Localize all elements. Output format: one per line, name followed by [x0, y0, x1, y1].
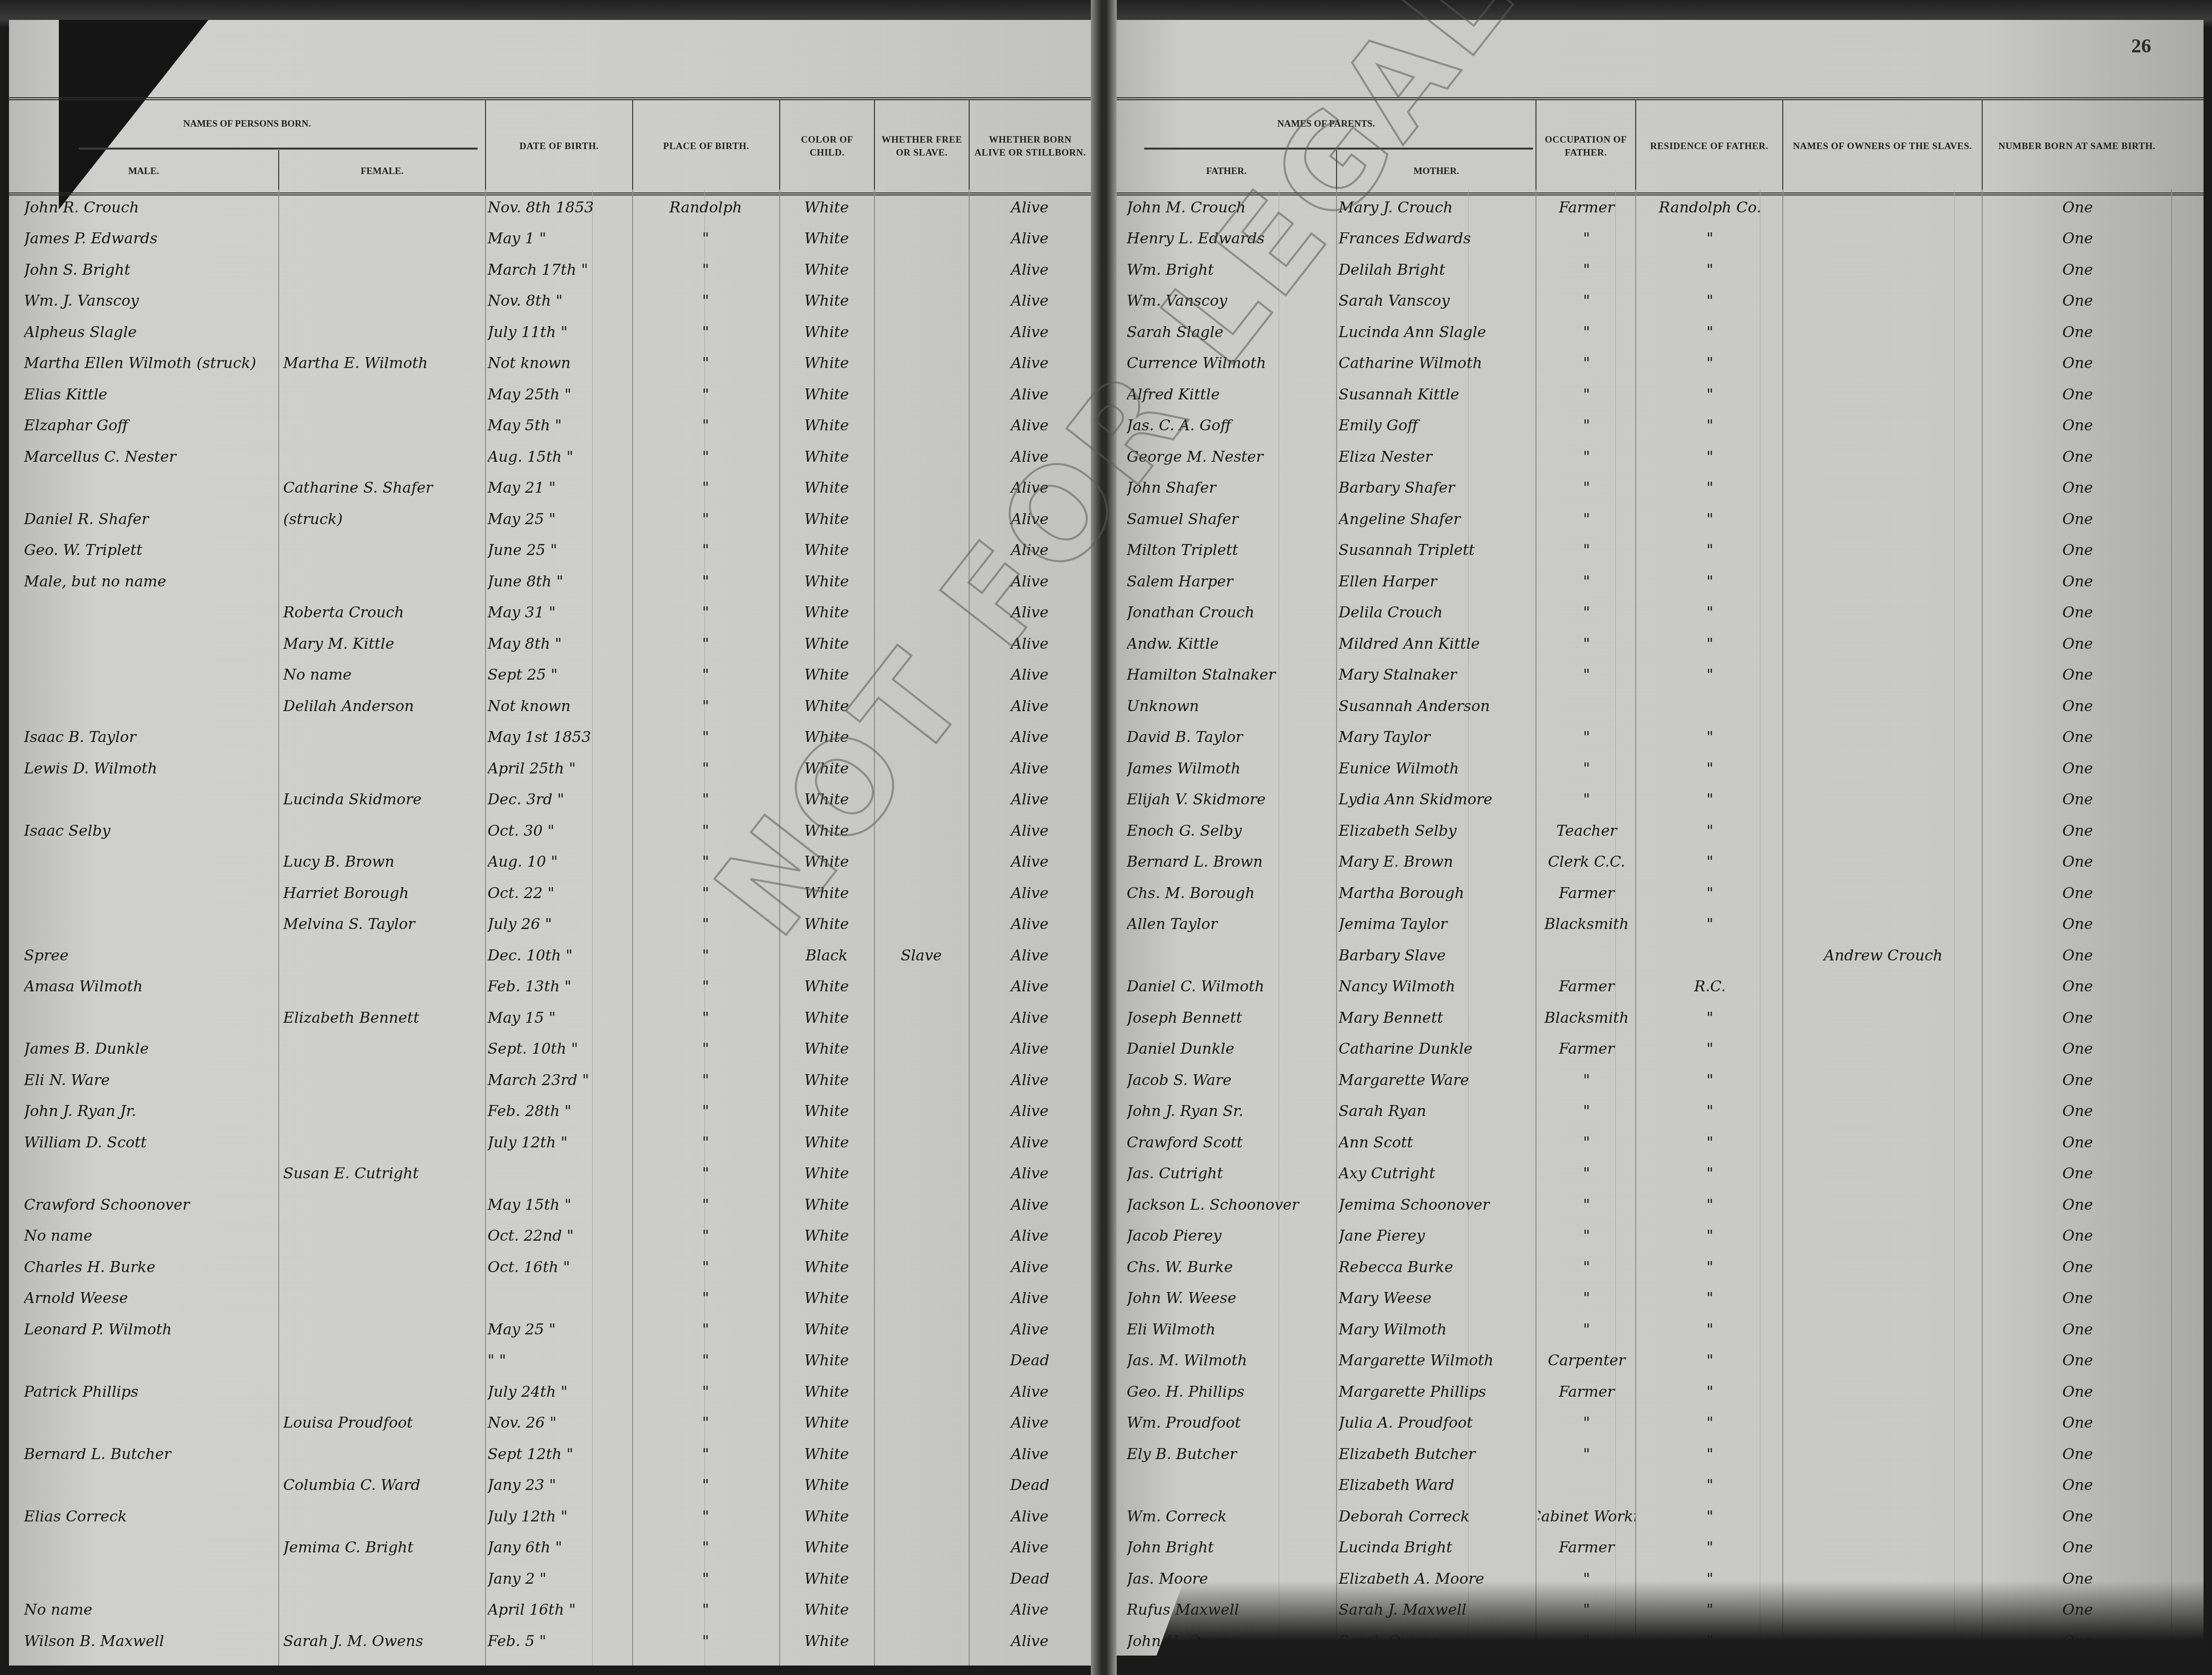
male-name-cell: [24, 1532, 273, 1563]
male-name-cell: Elias Correck: [24, 1501, 273, 1532]
register-row: John J. Ryan Jr.Feb. 28th ""WhiteAlive: [9, 1096, 1091, 1127]
place-of-birth-cell: ": [635, 1345, 777, 1376]
mother-name-cell: Mary E. Brown: [1339, 847, 1535, 878]
father-name-cell: Allen Taylor: [1127, 909, 1336, 940]
number-born-cell: One: [1984, 254, 2171, 285]
male-name-cell: [24, 1563, 273, 1594]
residence-cell: ": [1638, 784, 1782, 815]
male-name-cell: [24, 1470, 273, 1501]
owner-of-slave-cell: [1785, 1221, 1982, 1252]
color-of-child-cell: White: [782, 1626, 871, 1657]
female-name-cell: Mary M. Kittle: [283, 628, 483, 659]
residence-cell: ": [1638, 1252, 1782, 1283]
register-row: Allen TaylorJemima TaylorBlacksmith"One: [1117, 909, 2204, 940]
male-name-cell: [24, 628, 273, 659]
number-born-cell: One: [1984, 940, 2171, 971]
owner-of-slave-cell: [1785, 348, 1982, 379]
scan-bottom-shadow: [1157, 1581, 2204, 1656]
male-name-cell: Spree: [24, 940, 273, 971]
alive-or-stillborn-cell: Alive: [971, 1065, 1088, 1096]
father-name-cell: Ely B. Butcher: [1127, 1439, 1336, 1470]
mother-name-cell: Barbary Slave: [1339, 940, 1535, 971]
father-name-cell: Currence Wilmoth: [1127, 348, 1336, 379]
female-name-cell: [283, 1252, 483, 1283]
date-of-birth-cell: Aug. 10 ": [488, 847, 627, 878]
mother-name-cell: Eliza Nester: [1339, 441, 1535, 472]
male-name-cell: No name: [24, 1221, 273, 1252]
male-name-cell: Crawford Schoonover: [24, 1189, 273, 1220]
color-of-child-cell: White: [782, 348, 871, 379]
alive-or-stillborn-cell: Alive: [971, 535, 1088, 566]
owner-of-slave-cell: [1785, 691, 1982, 722]
occupation-cell: Blacksmith: [1538, 1002, 1635, 1033]
number-born-cell: One: [1984, 1252, 2171, 1283]
date-of-birth-cell: Feb. 28th ": [488, 1096, 627, 1127]
occupation-cell: ": [1538, 566, 1635, 597]
owner-of-slave-cell: [1785, 1408, 1982, 1439]
date-of-birth-cell: July 11th ": [488, 317, 627, 348]
owner-of-slave-cell: [1785, 535, 1982, 566]
father-name-cell: Wm. Correck: [1127, 1501, 1336, 1532]
date-of-birth-cell: June 8th ": [488, 566, 627, 597]
owner-of-slave-cell: [1785, 441, 1982, 472]
male-name-cell: [24, 784, 273, 815]
male-name-cell: [24, 909, 273, 940]
owner-of-slave-cell: [1785, 753, 1982, 784]
female-name-cell: Susan E. Cutright: [283, 1158, 483, 1189]
number-born-cell: One: [1984, 1127, 2171, 1158]
register-row: Wm. BrightDelilah Bright""One: [1117, 254, 2204, 285]
mother-name-cell: Martha Borough: [1339, 878, 1535, 909]
female-name-cell: [283, 1221, 483, 1252]
register-row: Mary M. KittleMay 8th ""WhiteAlive: [9, 628, 1091, 659]
male-name-cell: Charles H. Burke: [24, 1252, 273, 1283]
color-of-child-cell: White: [782, 566, 871, 597]
occupation-cell: ": [1538, 1127, 1635, 1158]
place-of-birth-cell: ": [635, 1470, 777, 1501]
mother-name-cell: Ann Scott: [1339, 1127, 1535, 1158]
owner-of-slave-cell: [1785, 286, 1982, 317]
date-of-birth-cell: Jany 2 ": [488, 1563, 627, 1594]
female-name-cell: No name: [283, 660, 483, 691]
occupation-cell: ": [1538, 348, 1635, 379]
color-of-child-cell: White: [782, 1532, 871, 1563]
father-name-cell: Alfred Kittle: [1127, 379, 1336, 410]
register-row: Sarah SlagleLucinda Ann Slagle""One: [1117, 317, 2204, 348]
owner-of-slave-cell: [1785, 660, 1982, 691]
date-of-birth-cell: Oct. 22 ": [488, 878, 627, 909]
owner-of-slave-cell: [1785, 566, 1982, 597]
register-row: John W. WeeseMary Weese""One: [1117, 1283, 2204, 1314]
date-of-birth-cell: May 1 ": [488, 223, 627, 254]
owner-of-slave-cell: [1785, 1283, 1982, 1314]
residence-cell: ": [1638, 847, 1782, 878]
free-or-slave-cell: [876, 535, 966, 566]
register-row: Daniel R. Shafer(struck)May 25 ""WhiteAl…: [9, 504, 1091, 535]
male-name-cell: [24, 1158, 273, 1189]
owners-of-slaves-header: NAMES OF OWNERS OF THE SLAVES.: [1782, 100, 1982, 192]
free-or-slave-cell: [876, 317, 966, 348]
date-of-birth-cell: July 26 ": [488, 909, 627, 940]
occupation-cell: ": [1538, 317, 1635, 348]
father-name-cell: Salem Harper: [1127, 566, 1336, 597]
occupation-cell: Farmer: [1538, 192, 1635, 223]
female-name-cell: [283, 379, 483, 410]
free-or-slave-cell: [876, 379, 966, 410]
father-name-cell: Joseph Bennett: [1127, 1002, 1336, 1033]
alive-or-stillborn-cell: Alive: [971, 192, 1088, 223]
alive-or-stillborn-cell: Alive: [971, 1314, 1088, 1345]
male-name-cell: Geo. W. Triplett: [24, 535, 273, 566]
register-row: Leonard P. WilmothMay 25 ""WhiteAlive: [9, 1314, 1091, 1345]
female-name-cell: Elizabeth Bennett: [283, 1002, 483, 1033]
female-name-cell: Columbia C. Ward: [283, 1470, 483, 1501]
register-row: David B. TaylorMary Taylor""One: [1117, 722, 2204, 753]
number-born-cell: One: [1984, 691, 2171, 722]
occupation-cell: ": [1538, 441, 1635, 472]
male-name-cell: [24, 597, 273, 628]
mother-name-cell: Jemima Taylor: [1339, 909, 1535, 940]
free-or-slave-cell: [876, 722, 966, 753]
alive-or-stillborn-cell: Alive: [971, 1532, 1088, 1563]
place-of-birth-cell: ": [635, 940, 777, 971]
female-name-cell: [283, 971, 483, 1002]
free-or-slave-cell: [876, 1034, 966, 1065]
mother-name-cell: Frances Edwards: [1339, 223, 1535, 254]
residence-cell: R.C.: [1638, 971, 1782, 1002]
father-name-cell: John W. Weese: [1127, 1283, 1336, 1314]
mother-name-cell: Sarah Vanscoy: [1339, 286, 1535, 317]
number-born-cell: One: [1984, 317, 2171, 348]
color-of-child-cell: White: [782, 815, 871, 846]
male-name-cell: Patrick Phillips: [24, 1376, 273, 1407]
mother-name-cell: Lucinda Ann Slagle: [1339, 317, 1535, 348]
female-name-cell: Catharine S. Shafer: [283, 473, 483, 504]
register-row: Jas. M. WilmothMargarette WilmothCarpent…: [1117, 1345, 2204, 1376]
mother-name-cell: Mary J. Crouch: [1339, 192, 1535, 223]
female-name-cell: [283, 940, 483, 971]
place-of-birth-cell: ": [635, 1002, 777, 1033]
free-or-slave-cell: [876, 1345, 966, 1376]
father-name-cell: Jas. C. A. Goff: [1127, 410, 1336, 441]
header-rule: [79, 148, 478, 150]
register-row: Elizabeth BennettMay 15 ""WhiteAlive: [9, 1002, 1091, 1033]
place-of-birth-cell: ": [635, 504, 777, 535]
place-of-birth-cell: ": [635, 815, 777, 846]
free-or-slave-cell: [876, 1595, 966, 1626]
male-name-cell: Wm. J. Vanscoy: [24, 286, 273, 317]
mother-name-cell: Catharine Dunkle: [1339, 1034, 1535, 1065]
female-name-cell: [283, 192, 483, 223]
free-or-slave-cell: [876, 441, 966, 472]
mother-name-cell: Jemima Schoonover: [1339, 1189, 1535, 1220]
alive-or-stillborn-cell: Alive: [971, 1626, 1088, 1657]
male-name-cell: [24, 1002, 273, 1033]
female-name-cell: [283, 1595, 483, 1626]
female-name-cell: [283, 410, 483, 441]
register-row: John R. CrouchNov. 8th 1853RandolphWhite…: [9, 192, 1091, 223]
number-born-cell: One: [1984, 628, 2171, 659]
register-row: Hamilton StalnakerMary Stalnaker""One: [1117, 660, 2204, 691]
residence-cell: ": [1638, 753, 1782, 784]
date-of-birth-cell: March 17th ": [488, 254, 627, 285]
place-of-birth-cell: ": [635, 1127, 777, 1158]
owner-of-slave-cell: [1785, 1252, 1982, 1283]
owner-of-slave-cell: [1785, 1470, 1982, 1501]
residence-cell: ": [1638, 504, 1782, 535]
free-or-slave-cell: [876, 286, 966, 317]
date-of-birth-cell: [488, 1283, 627, 1314]
number-born-cell: One: [1984, 1065, 2171, 1096]
date-of-birth-cell: May 25th ": [488, 379, 627, 410]
color-of-child-cell: Black: [782, 940, 871, 971]
alive-or-stillborn-cell: Alive: [971, 1158, 1088, 1189]
female-name-cell: Sarah J. M. Owens: [283, 1626, 483, 1657]
alive-or-stillborn-cell: Dead: [971, 1470, 1088, 1501]
free-or-slave-cell: [876, 1314, 966, 1345]
date-of-birth-cell: May 31 ": [488, 597, 627, 628]
color-of-child-cell: White: [782, 909, 871, 940]
free-or-slave-cell: [876, 1096, 966, 1127]
alive-or-stillborn-cell: Alive: [971, 348, 1088, 379]
father-name-cell: Jas. M. Wilmoth: [1127, 1345, 1336, 1376]
free-or-slave-cell: [876, 1532, 966, 1563]
occupation-cell: ": [1538, 1065, 1635, 1096]
alive-or-stillborn-cell: Alive: [971, 691, 1088, 722]
father-name-cell: James Wilmoth: [1127, 753, 1336, 784]
color-of-child-cell: White: [782, 847, 871, 878]
book-gutter: [1091, 0, 1117, 1675]
register-row: Jonathan CrouchDelila Crouch""One: [1117, 597, 2204, 628]
owner-of-slave-cell: [1785, 1376, 1982, 1407]
father-name-cell: David B. Taylor: [1127, 722, 1336, 753]
father-name-cell: Wm. Proudfoot: [1127, 1408, 1336, 1439]
mother-name-cell: Susannah Triplett: [1339, 535, 1535, 566]
father-name-cell: Wm. Vanscoy: [1127, 286, 1336, 317]
register-row: Chs. W. BurkeRebecca Burke""One: [1117, 1252, 2204, 1283]
register-row: Louisa ProudfootNov. 26 ""WhiteAlive: [9, 1408, 1091, 1439]
color-of-child-cell: White: [782, 1408, 871, 1439]
alive-or-stillborn-cell: Alive: [971, 566, 1088, 597]
owner-of-slave-cell: [1785, 410, 1982, 441]
mother-name-cell: Eunice Wilmoth: [1339, 753, 1535, 784]
alive-or-stillborn-cell: Dead: [971, 1345, 1088, 1376]
free-or-slave-cell: [876, 566, 966, 597]
number-born-cell: One: [1984, 473, 2171, 504]
occupation-cell: ": [1538, 1221, 1635, 1252]
register-row: Eli N. WareMarch 23rd ""WhiteAlive: [9, 1065, 1091, 1096]
register-row: Wm. J. VanscoyNov. 8th ""WhiteAlive: [9, 286, 1091, 317]
alive-or-stillborn-cell: Alive: [971, 878, 1088, 909]
free-or-slave-cell: [876, 348, 966, 379]
owner-of-slave-cell: [1785, 971, 1982, 1002]
residence-cell: ": [1638, 1002, 1782, 1033]
owner-of-slave-cell: [1785, 254, 1982, 285]
mother-name-cell: Susannah Kittle: [1339, 379, 1535, 410]
residence-cell: ": [1638, 1158, 1782, 1189]
register-row: Chs. M. BoroughMartha BoroughFarmer"One: [1117, 878, 2204, 909]
female-name-cell: Lucinda Skidmore: [283, 784, 483, 815]
number-born-cell: One: [1984, 1345, 2171, 1376]
number-born-cell: One: [1984, 784, 2171, 815]
mother-name-cell: Margarette Phillips: [1339, 1376, 1535, 1407]
color-of-child-cell: White: [782, 1034, 871, 1065]
father-name-cell: Wm. Bright: [1127, 254, 1336, 285]
color-of-child-cell: White: [782, 1595, 871, 1626]
owner-of-slave-cell: [1785, 815, 1982, 846]
free-or-slave-cell: [876, 784, 966, 815]
owner-of-slave-cell: [1785, 1034, 1982, 1065]
date-of-birth-cell: Sept. 10th ": [488, 1034, 627, 1065]
occupation-cell: Farmer: [1538, 971, 1635, 1002]
date-of-birth-header: DATE OF BIRTH.: [485, 100, 632, 192]
number-born-cell: One: [1984, 1158, 2171, 1189]
alive-or-stillborn-cell: Alive: [971, 1189, 1088, 1220]
register-row: Daniel DunkleCatharine DunkleFarmer"One: [1117, 1034, 2204, 1065]
register-row: Crawford SchoonoverMay 15th ""WhiteAlive: [9, 1189, 1091, 1220]
register-row: Henry L. EdwardsFrances Edwards""One: [1117, 223, 2204, 254]
mother-name-cell: Mary Stalnaker: [1339, 660, 1535, 691]
residence-cell: ": [1638, 379, 1782, 410]
place-of-birth-cell: ": [635, 473, 777, 504]
place-of-birth-cell: ": [635, 1189, 777, 1220]
male-name-cell: Isaac Selby: [24, 815, 273, 846]
free-or-slave-cell: [876, 878, 966, 909]
place-of-birth-cell: Randolph: [635, 192, 777, 223]
register-row: Milton TriplettSusannah Triplett""One: [1117, 535, 2204, 566]
place-of-birth-cell: ": [635, 1065, 777, 1096]
mother-name-cell: Catharine Wilmoth: [1339, 348, 1535, 379]
occupation-cell: Clerk C.C.: [1538, 847, 1635, 878]
color-of-child-cell: White: [782, 254, 871, 285]
female-name-cell: Jemima C. Bright: [283, 1532, 483, 1563]
residence-cell: [1638, 691, 1782, 722]
header-rule: [1144, 148, 1533, 150]
female-name-cell: [283, 286, 483, 317]
color-of-child-cell: White: [782, 1314, 871, 1345]
number-born-cell: One: [1984, 815, 2171, 846]
date-of-birth-cell: Oct. 30 ": [488, 815, 627, 846]
occupation-cell: ": [1538, 223, 1635, 254]
alive-or-stillborn-cell: Alive: [971, 504, 1088, 535]
date-of-birth-cell: Not known: [488, 348, 627, 379]
place-of-birth-cell: ": [635, 1252, 777, 1283]
register-row: Salem HarperEllen Harper""One: [1117, 566, 2204, 597]
register-row: Elias KittleMay 25th ""WhiteAlive: [9, 379, 1091, 410]
owner-of-slave-cell: [1785, 1065, 1982, 1096]
place-of-birth-cell: ": [635, 691, 777, 722]
place-of-birth-cell: ": [635, 1439, 777, 1470]
free-or-slave-cell: [876, 223, 966, 254]
residence-cell: ": [1638, 1189, 1782, 1220]
register-row: Marcellus C. NesterAug. 15th ""WhiteAliv…: [9, 441, 1091, 472]
free-or-slave-cell: [876, 597, 966, 628]
occupation-cell: Carpenter: [1538, 1345, 1635, 1376]
alive-or-stillborn-cell: Alive: [971, 286, 1088, 317]
place-of-birth-cell: ": [635, 286, 777, 317]
color-of-child-cell: White: [782, 223, 871, 254]
alive-or-stillborn-cell: Alive: [971, 1127, 1088, 1158]
residence-cell: ": [1638, 878, 1782, 909]
residence-cell: ": [1638, 1221, 1782, 1252]
residence-cell: ": [1638, 441, 1782, 472]
mother-name-cell: Mary Taylor: [1339, 722, 1535, 753]
register-row: Delilah AndersonNot known"WhiteAlive: [9, 691, 1091, 722]
mother-name-cell: Jane Pierey: [1339, 1221, 1535, 1252]
free-or-slave-cell: [876, 1470, 966, 1501]
register-row: Catharine S. ShaferMay 21 ""WhiteAlive: [9, 473, 1091, 504]
register-row: Ely B. ButcherElizabeth Butcher""One: [1117, 1439, 2204, 1470]
alive-or-stillborn-cell: Alive: [971, 847, 1088, 878]
date-of-birth-cell: Oct. 16th ": [488, 1252, 627, 1283]
male-name-cell: John J. Ryan Jr.: [24, 1096, 273, 1127]
male-name-cell: John R. Crouch: [24, 192, 273, 223]
residence-cell: ": [1638, 597, 1782, 628]
free-or-slave-cell: [876, 1065, 966, 1096]
owner-of-slave-cell: [1785, 909, 1982, 940]
left-page-header: NAMES OF PERSONS BORN. MALE. FEMALE. DAT…: [9, 97, 1091, 195]
register-row: James P. EdwardsMay 1 ""WhiteAlive: [9, 223, 1091, 254]
place-of-birth-cell: ": [635, 1221, 777, 1252]
date-of-birth-cell: Feb. 5 ": [488, 1626, 627, 1657]
register-row: Lewis D. WilmothApril 25th ""WhiteAlive: [9, 753, 1091, 784]
free-or-slave-cell: [876, 1501, 966, 1532]
free-or-slave-cell: [876, 1221, 966, 1252]
father-name-cell: Geo. H. Phillips: [1127, 1376, 1336, 1407]
register-row: Barbary SlaveAndrew CrouchOne: [1117, 940, 2204, 971]
occupation-cell: ": [1538, 473, 1635, 504]
color-of-child-cell: White: [782, 1096, 871, 1127]
father-name-cell: John Shafer: [1127, 473, 1336, 504]
residence-cell: ": [1638, 1345, 1782, 1376]
alive-or-stillborn-cell: Alive: [971, 628, 1088, 659]
female-name-cell: [283, 1563, 483, 1594]
number-born-cell: One: [1984, 223, 2171, 254]
color-of-child-cell: White: [782, 1501, 871, 1532]
register-row: " ""WhiteDead: [9, 1345, 1091, 1376]
right-page: 26 NAMES OF PARENTS. FATHER. MOTHER. OCC…: [1117, 20, 2204, 1656]
occupation-cell: ": [1538, 1189, 1635, 1220]
father-name-cell: Jacob S. Ware: [1127, 1065, 1336, 1096]
free-or-slave-cell: [876, 192, 966, 223]
mother-name-cell: Emily Goff: [1339, 410, 1535, 441]
number-born-cell: One: [1984, 566, 2171, 597]
owner-of-slave-cell: [1785, 628, 1982, 659]
female-name-cell: [283, 1189, 483, 1220]
female-name-cell: Roberta Crouch: [283, 597, 483, 628]
residence-cell: ": [1638, 317, 1782, 348]
number-born-cell: One: [1984, 1470, 2171, 1501]
free-or-slave-cell: [876, 815, 966, 846]
female-name-cell: [283, 815, 483, 846]
residence-cell: ": [1638, 254, 1782, 285]
free-or-slave-cell: [876, 410, 966, 441]
place-of-birth-cell: ": [635, 753, 777, 784]
male-name-cell: Leonard P. Wilmoth: [24, 1314, 273, 1345]
color-of-child-cell: White: [782, 1345, 871, 1376]
date-of-birth-cell: Nov. 8th ": [488, 286, 627, 317]
occupation-cell: ": [1538, 784, 1635, 815]
number-born-cell: One: [1984, 1314, 2171, 1345]
free-or-slave-cell: [876, 971, 966, 1002]
register-row: Harriet BoroughOct. 22 ""WhiteAlive: [9, 878, 1091, 909]
residence-cell: ": [1638, 660, 1782, 691]
free-or-slave-cell: [876, 1626, 966, 1657]
register-row: No nameOct. 22nd ""WhiteAlive: [9, 1221, 1091, 1252]
date-of-birth-cell: May 15th ": [488, 1189, 627, 1220]
register-row: Charles H. BurkeOct. 16th ""WhiteAlive: [9, 1252, 1091, 1283]
owner-of-slave-cell: [1785, 504, 1982, 535]
